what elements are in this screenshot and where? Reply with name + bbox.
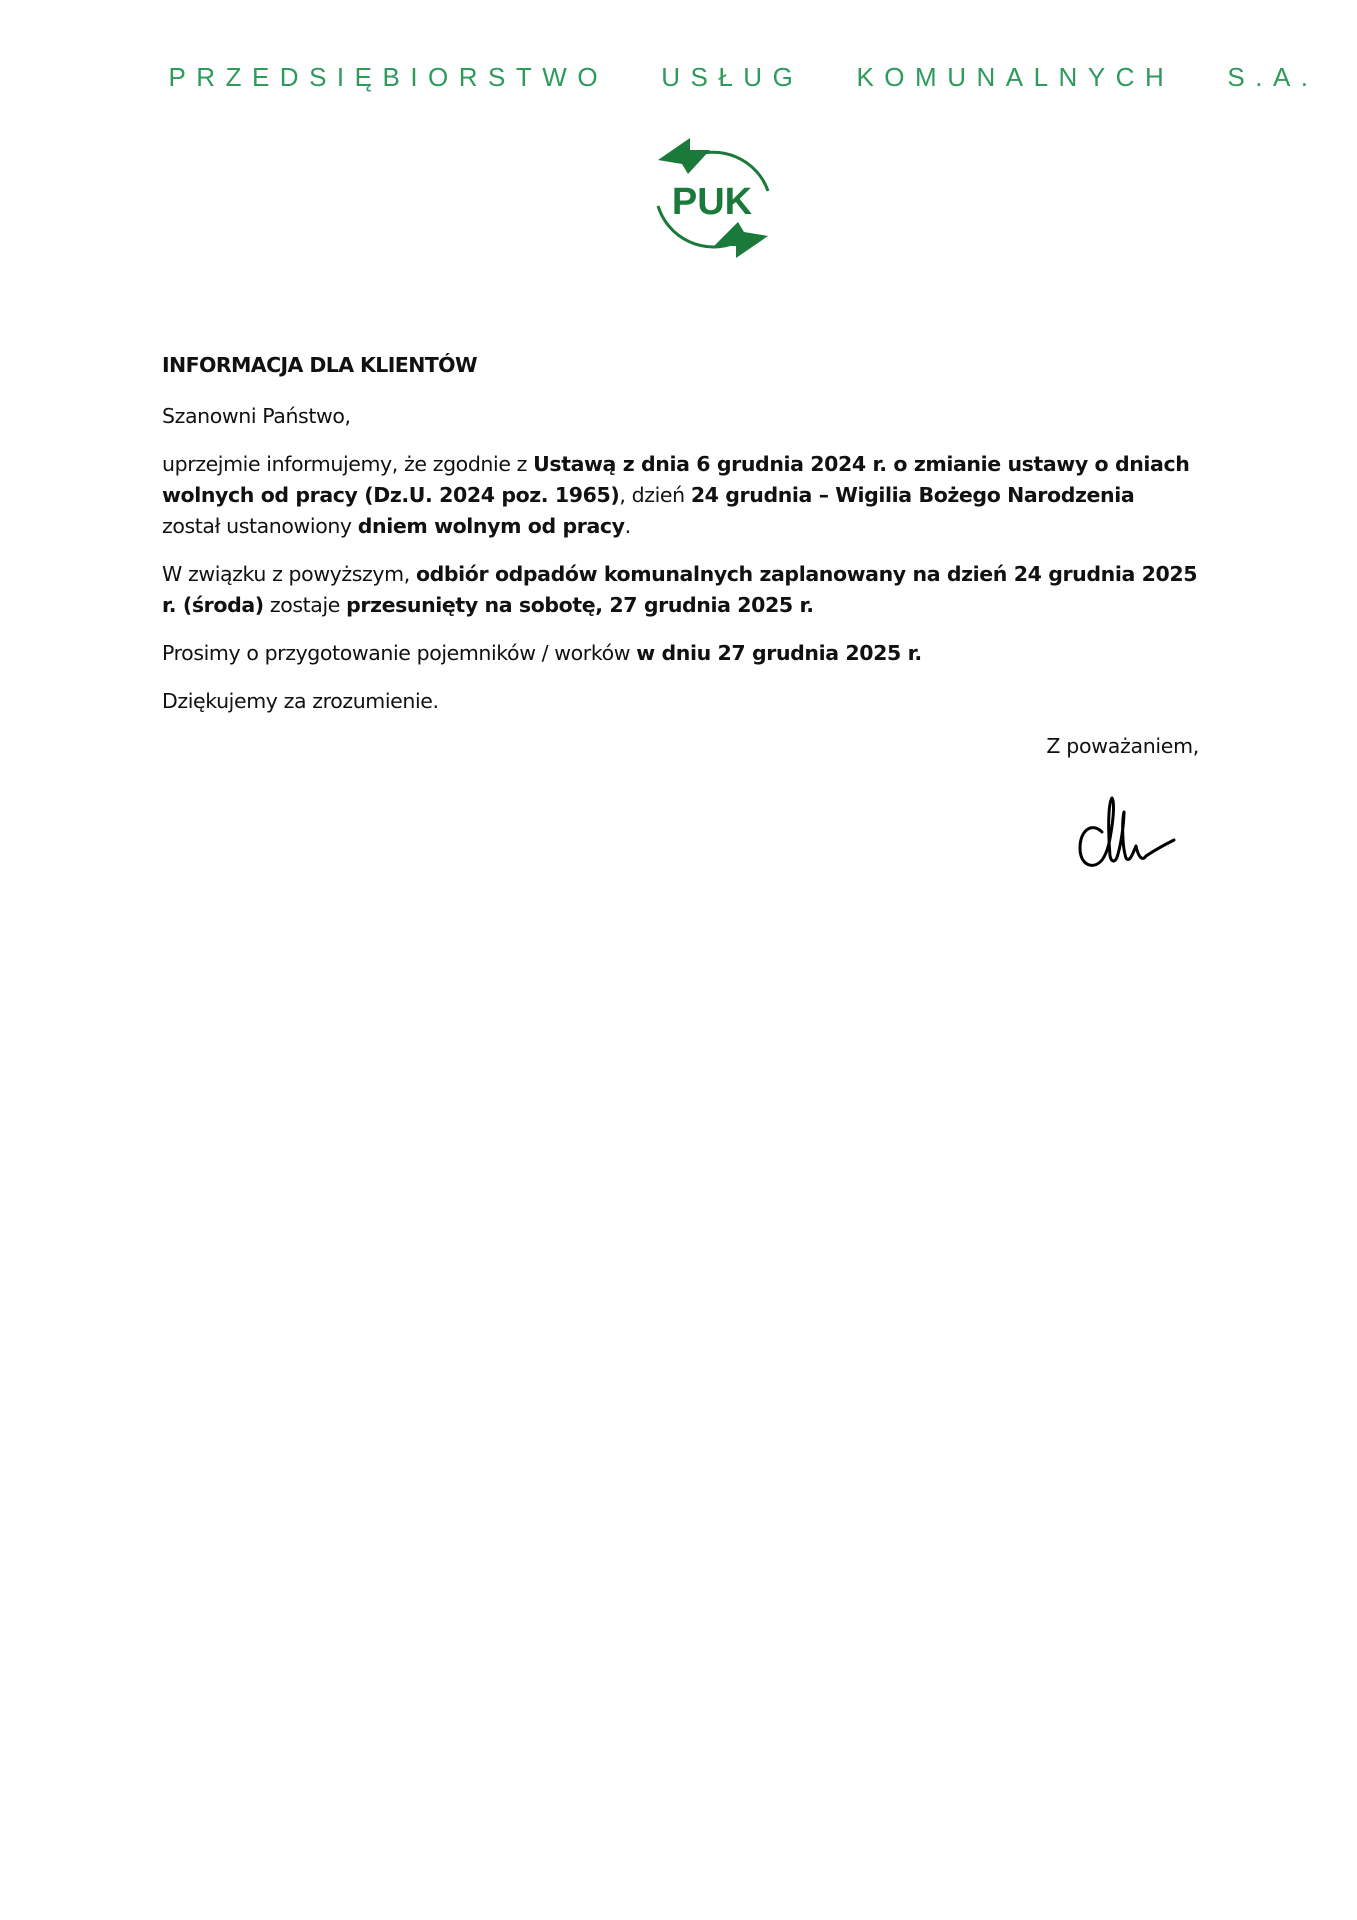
paragraph-preparation-request: Prosimy o przygotowanie pojemników / wor… — [162, 638, 1198, 669]
text: uprzejmie informujemy, że zgodnie z — [162, 452, 533, 476]
text: , dzień — [619, 483, 690, 507]
text: . — [625, 514, 631, 538]
handwritten-signature-icon — [1072, 790, 1192, 880]
closing-phrase: Z poważaniem, — [1046, 734, 1199, 758]
letterhead: PRZEDSIĘBIORSTWO USŁUG KOMUNALNYCH S.A. — [0, 62, 1357, 93]
text: zostaje — [264, 593, 346, 617]
paragraph-collection-change: W związku z powyższym, odbiór odpadów ko… — [162, 559, 1198, 621]
text: Prosimy o przygotowanie pojemników / wor… — [162, 641, 636, 665]
logo-text: PUK — [672, 181, 753, 223]
salutation: Szanowni Państwo, — [162, 401, 1198, 432]
bold-text: 24 grudnia – Wigilia Bożego Narodzenia — [691, 483, 1134, 507]
letter-body: INFORMACJA DLA KLIENTÓW Szanowni Państwo… — [162, 350, 1198, 734]
paragraph-holiday-notice: uprzejmie informujemy, że zgodnie z Usta… — [162, 449, 1198, 542]
bold-text: przesunięty na sobotę, 27 grudnia 2025 r… — [346, 593, 814, 617]
letter-heading: INFORMACJA DLA KLIENTÓW — [162, 350, 1198, 381]
paragraph-thanks: Dziękujemy za zrozumienie. — [162, 686, 1198, 717]
text: został usta­nowiony — [162, 514, 358, 538]
company-name: PRZEDSIĘBIORSTWO USŁUG KOMUNALNYCH S.A. — [168, 62, 1318, 93]
bold-text: dniem wolnym od pracy — [358, 514, 625, 538]
text: W związku z powyższym, — [162, 562, 416, 586]
puk-logo-icon: PUK — [650, 136, 775, 261]
bold-text: w dniu 27 grudnia 2025 r. — [636, 641, 922, 665]
